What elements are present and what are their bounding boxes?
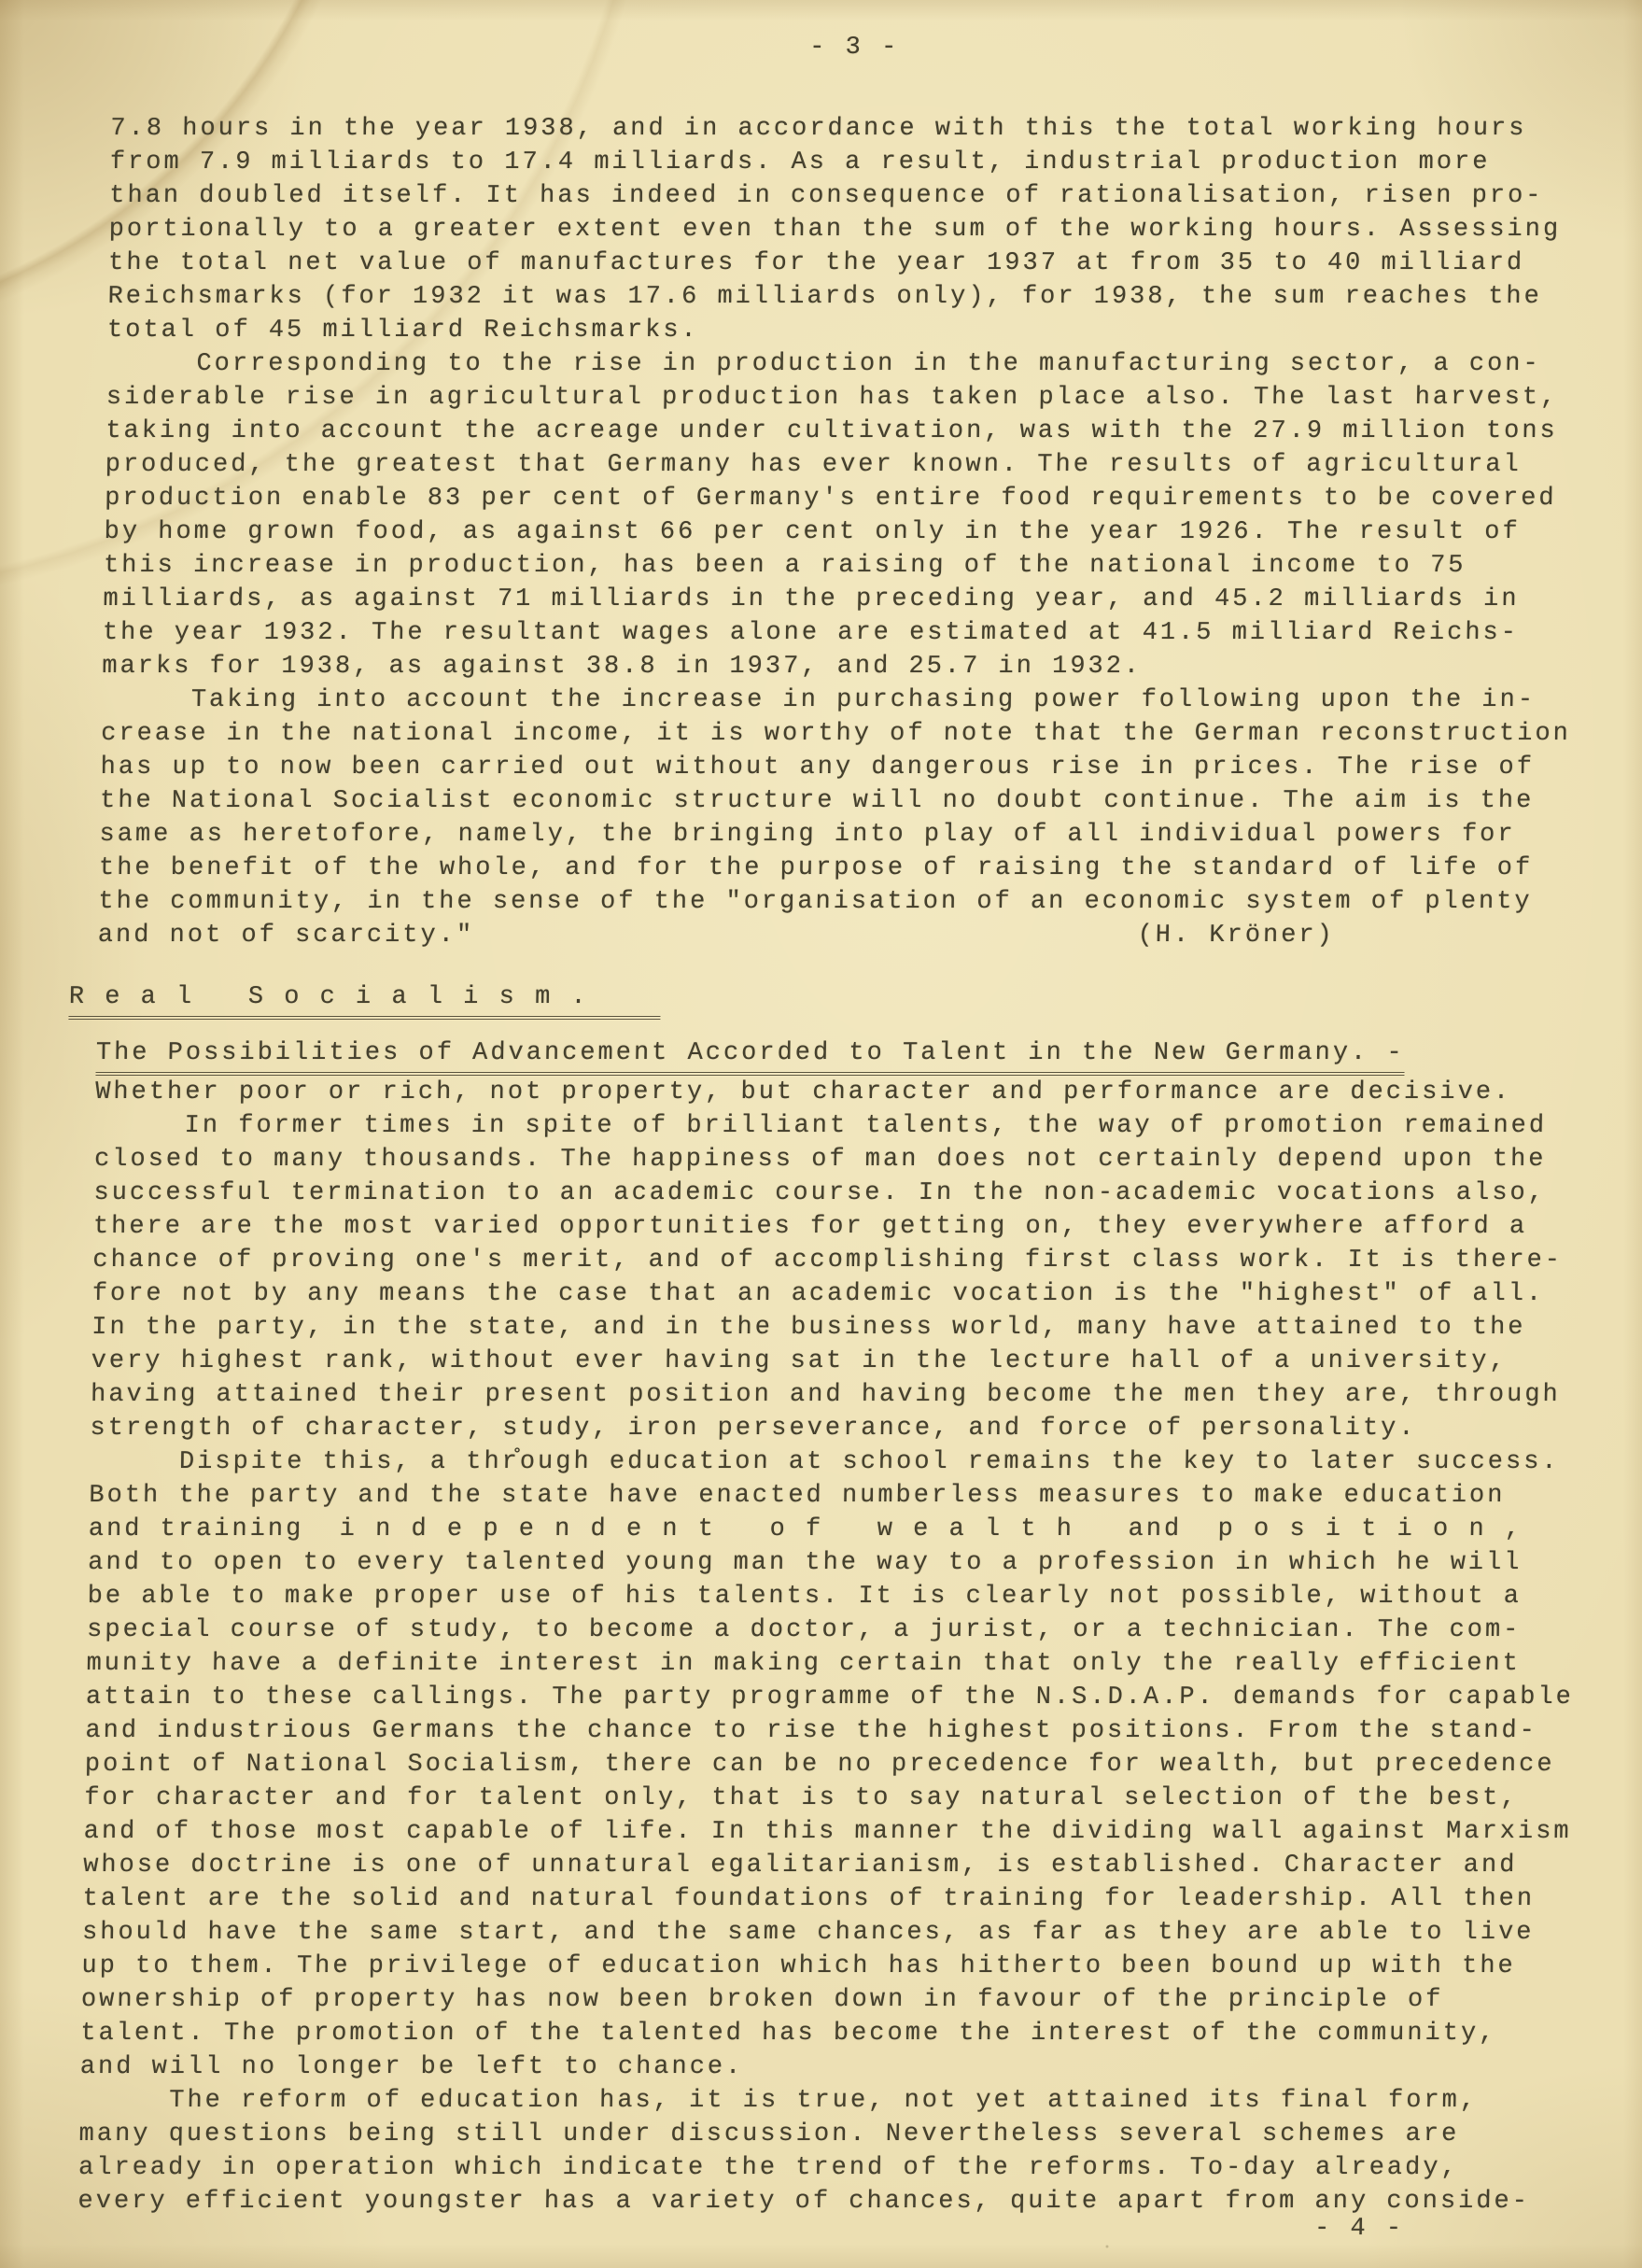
article-title: The Possibilities of Advancement Accorde… [95,1036,1404,1076]
text-line: In former times in spite of brilliant ta… [94,1109,1580,1143]
text-line: Taking into account the increase in purc… [102,683,1588,717]
text-line: the year 1932. The resultant wages alone… [103,616,1589,650]
text-line: be able to make proper use of his talent… [87,1580,1573,1613]
text-line: already in operation which indicate the … [78,2151,1565,2185]
text-line: Dispite this, a thr̊ough education at sc… [90,1445,1576,1479]
text-line: taking into account the acreage under cu… [105,415,1592,448]
text-line: strength of character, study, iron perse… [90,1412,1576,1445]
text-line: R e a l S o c i a l i s m . [68,980,1582,1020]
text-line: special course of study, to become a doc… [87,1613,1573,1647]
text-line: and training i n d e p e n d e n t o f w… [89,1513,1575,1546]
text-line: the benefit of the whole, and for the pu… [99,852,1585,885]
document-content: - 3 - 7.8 hours in the year 1938, and in… [77,34,1597,2243]
text-line: Reichsmarks (for 1932 it was 17.6 millia… [107,280,1593,314]
text-line: and not of scarcity." (H. Kröner) [98,919,1584,952]
document-page: - 3 - 7.8 hours in the year 1938, and in… [0,0,1642,2268]
text-line: whose doctrine is one of unnatural egali… [83,1849,1569,1882]
text-line: 7.8 hours in the year 1938, and in accor… [110,112,1596,146]
section-heading: R e a l S o c i a l i s m . [68,980,1582,1020]
page-number-header: - 3 - [112,34,1597,62]
paragraph: Corresponding to the rise in production … [102,347,1593,683]
text-line: the total net value of manufactures for … [108,247,1594,280]
text-line: very highest rank, without ever having s… [91,1345,1577,1378]
text-line: The reform of education has, it is true,… [79,2084,1565,2118]
text-line: Both the party and the state have enacte… [89,1479,1575,1513]
paragraph: Dispite this, a thr̊ough education at sc… [80,1445,1576,2084]
text-line: has up to now been carried out without a… [100,751,1586,784]
text-line: fore not by any means the case that an a… [92,1277,1579,1311]
document-body: 7.8 hours in the year 1938, and in accor… [77,112,1595,2219]
text-line: attain to these callings. The party prog… [86,1681,1572,1714]
text-line: total of 45 milliard Reichsmarks. [107,314,1593,347]
article-heading: The Possibilities of Advancement Accorde… [95,1036,1581,1109]
text-line: for character and for talent only, that … [84,1782,1570,1815]
page-number-footer: - 4 - [77,2215,1563,2243]
text-line: than doubled itself. It has indeed in co… [109,179,1595,213]
text-line: munity have a definite interest in makin… [86,1647,1572,1681]
text-line: produced, the greatest that Germany has … [105,448,1591,482]
text-line: ownership of property has now been broke… [81,1983,1567,2017]
text-line: and industrious Germans the chance to ri… [85,1714,1571,1748]
paragraph: Taking into account the increase in purc… [98,683,1588,952]
paragraph: 7.8 hours in the year 1938, and in accor… [107,112,1596,347]
text-line: closed to many thousands. The happiness … [94,1143,1580,1176]
text-line: having attained their present position a… [91,1378,1577,1412]
text-line: portionally to a greater extent even tha… [108,213,1594,247]
text-line: marks for 1938, as against 38.8 in 1937,… [102,650,1588,683]
text-line: many questions being still under discuss… [78,2118,1565,2151]
text-line: In the party, in the state, and in the b… [91,1311,1578,1345]
text-line: production enable 83 per cent of Germany… [105,482,1591,515]
text-line: and will no longer be left to chance. [80,2050,1566,2084]
text-line: this increase in production, has been a … [104,549,1590,583]
text-line: the community, in the sense of the "orga… [98,885,1584,919]
text-line: point of National Socialism, there can b… [85,1748,1571,1782]
text-line: from 7.9 milliards to 17.4 milliards. As… [110,146,1596,179]
text-line: siderable rise in agricultural productio… [106,381,1593,415]
text-line: talent. The promotion of the talented ha… [80,2017,1566,2050]
text-line: should have the same start, and the same… [82,1916,1568,1950]
paragraph: The reform of education has, it is true,… [77,2084,1565,2219]
text-line: and of those most capable of life. In th… [83,1815,1569,1849]
text-line: Whether poor or rich, not property, but … [95,1076,1581,1109]
text-line: The Possibilities of Advancement Accorde… [95,1036,1581,1076]
text-line: and to open to every talented young man … [88,1546,1574,1580]
text-line: same as heretofore, namely, the bringing… [99,818,1585,852]
text-line: there are the most varied opportunities … [93,1210,1579,1244]
text-line: milliards, as against 71 milliards in th… [103,583,1589,616]
text-line: successful termination to an academic co… [93,1176,1579,1210]
text-line: crease in the national income, it is wor… [101,717,1587,751]
text-line: every efficient youngster has a variety … [77,2185,1564,2219]
text-line: by home grown food, as against 66 per ce… [104,515,1590,549]
text-line: Corresponding to the rise in production … [106,347,1593,381]
section-heading-text: R e a l S o c i a l i s m . [68,980,660,1020]
text-line: up to them. The privilege of education w… [81,1950,1567,1983]
text-line: chance of proving one's merit, and of ac… [92,1244,1579,1277]
paragraph: In former times in spite of brilliant ta… [90,1109,1580,1445]
text-line: the National Socialist economic structur… [100,784,1586,818]
text-line: talent are the solid and natural foundat… [82,1882,1568,1916]
